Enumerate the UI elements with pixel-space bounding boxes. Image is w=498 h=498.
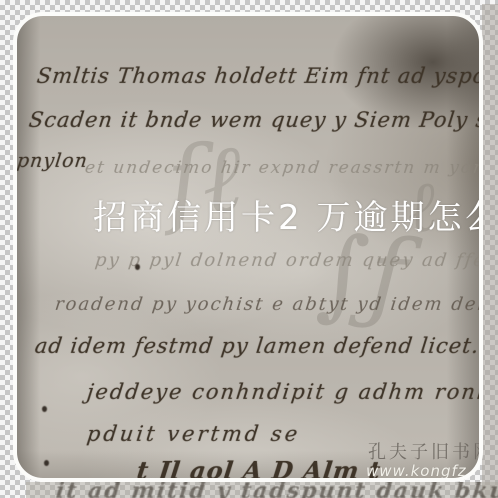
- manuscript-line: et undecimo hir expnd reassrtn m yonrist…: [84, 158, 483, 178]
- manuscript-line: pnylon: [16, 150, 90, 172]
- manuscript-line: pduit vertmd se: [86, 422, 302, 446]
- image-canvas: it ad mitid y tadspunt dauk bkum mw myl …: [0, 0, 498, 498]
- caption-overlay-text: 招商信用卡2 万逾期怎么办: [93, 190, 483, 239]
- manuscript-line: Scaden it bnde wem quey y Siem Poly sen …: [28, 108, 483, 132]
- watermark-site-url: www.kongfz.com: [366, 462, 483, 480]
- manuscript-photo: ſℓ ∫ƒ ℓ Smltis Thomas holdett Eim fnt ad…: [13, 12, 483, 482]
- manuscript-line: ad idem festmd py lamen defend licet. se…: [34, 334, 483, 358]
- manuscript-line: t Jl aol A D Alm t: [135, 456, 383, 482]
- parchment-wormhole: [135, 264, 140, 270]
- watermark-site-name: 孔夫子旧书网: [368, 438, 483, 464]
- parchment-wormhole: [44, 460, 49, 466]
- manuscript-line-dimmed: it ad mitid y tadspunt dauk bkum mw myl …: [55, 482, 498, 498]
- manuscript-line: Smltis Thomas holdett Eim fnt ad yspond …: [36, 64, 483, 88]
- parchment-wormhole: [42, 406, 47, 412]
- manuscript-line: py p pyl dolnend ordem quey ad ffestu | …: [94, 250, 483, 271]
- crop-overflow-bottom: it ad mitid y tadspunt dauk bkum mw myl …: [26, 482, 498, 498]
- manuscript-line: jeddeye conhndipit g adhm ronhadie bude …: [86, 380, 483, 404]
- crop-overflow-right: [482, 4, 498, 498]
- manuscript-line: roadend py yochist e abtyt yd idem deh m…: [54, 294, 483, 315]
